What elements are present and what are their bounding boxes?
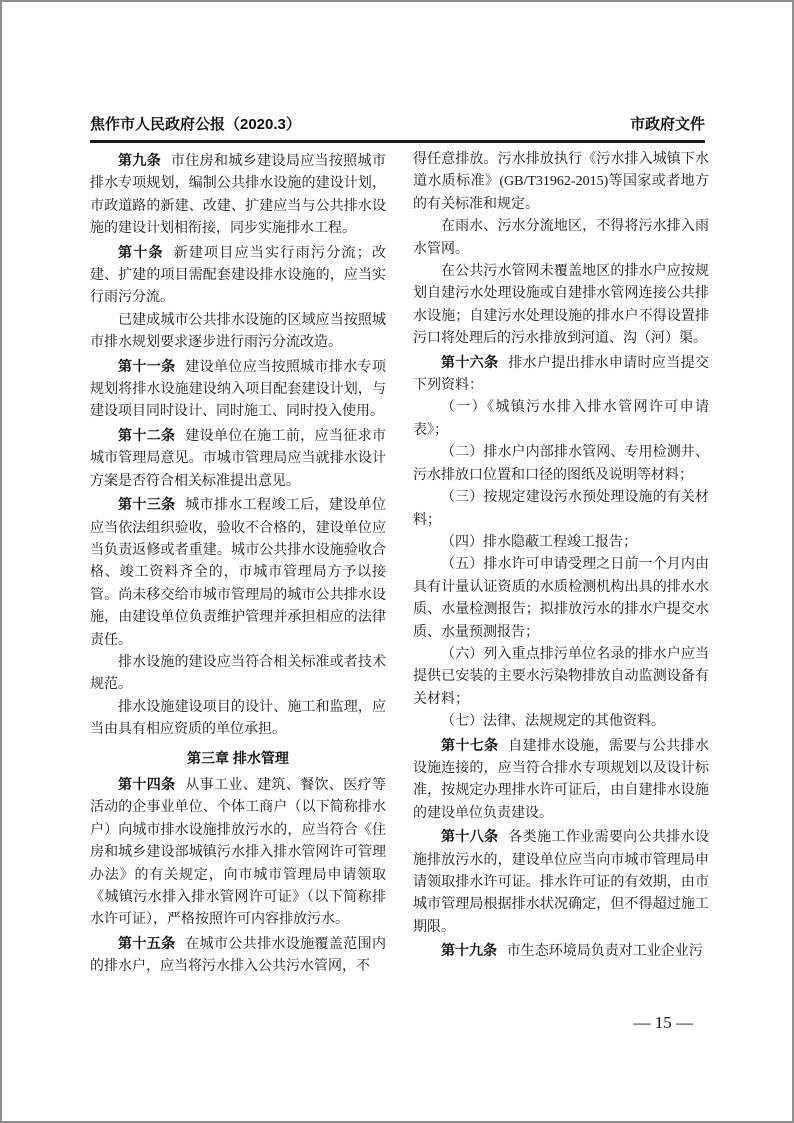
article-number: 第十条	[118, 244, 164, 260]
gazette-page: 焦作市人民政府公报（2020.3） 市政府文件 第九条市住房和城乡建设局应当按照…	[0, 0, 794, 1123]
body-paragraph: （五）排水许可申请受理之日前一个月内由具有计量认证资质的水质检测机构出具的排水水…	[413, 554, 709, 644]
paragraph-text: （三）按规定建设污水预处理设施的有关材料；	[413, 490, 709, 527]
paragraph-text: （一）《城镇污水排入排水管网许可申请表》；	[413, 400, 709, 437]
article-number: 第十六条	[441, 354, 498, 370]
article-number: 第十二条	[118, 427, 175, 443]
article-paragraph: 第十五条在城市公共排水设施覆盖范围内的排水户，应当将污水排入公共污水管网，不	[90, 932, 386, 979]
article-paragraph: 第十条新建项目应当实行雨污分流；改建、扩建的项目需配套建设排水设施的，应当实行雨…	[90, 241, 386, 310]
left-column: 第九条市住房和城乡建设局应当按照城市排水专项规划，编制公共排水设施的建设计划，市…	[90, 149, 386, 979]
paragraph-text: 在公共污水管网未覆盖地区的排水户应按规划自建污水处理设施或自建排水管网连接公共排…	[413, 264, 709, 346]
article-number: 第十四条	[118, 776, 175, 792]
paragraph-text: （四）排水隐蔽工程竣工报告；	[441, 535, 637, 550]
article-paragraph: 第十四条从事工业、建筑、餐饮、医疗等活动的企事业单位、个体工商户（以下简称排水户…	[90, 773, 386, 932]
paragraph-text: 各类施工作业需要向公共排水设施排放污水的，建设单位应当向市城市管理局申请领取排水…	[413, 830, 709, 935]
article-paragraph: 第十二条建设单位在施工前，应当征求市城市管理局意见。市城市管理局应当就排水设计方…	[90, 424, 386, 493]
article-paragraph: 第九条市住房和城乡建设局应当按照城市排水专项规划，编制公共排水设施的建设计划，市…	[90, 149, 386, 241]
running-header: 焦作市人民政府公报（2020.3） 市政府文件	[90, 115, 705, 135]
body-paragraph: 排水设施的建设应当符合相关标准或者技术规范。	[90, 652, 386, 697]
body-paragraph: （一）《城镇污水排入排水管网许可申请表》；	[413, 397, 709, 442]
article-paragraph: 第十三条城市排水工程竣工后，建设单位应当依法组织验收，验收不合格的，建设单位应当…	[90, 493, 386, 652]
body-paragraph: 得任意排放。污水排放执行《污水排入城镇下水道水质标准》(GB/T31962-20…	[413, 149, 709, 216]
header-rule	[90, 140, 705, 143]
body-paragraph: 在雨水、污水分流地区，不得将污水排入雨水管网。	[413, 216, 709, 261]
paragraph-text: （七）法律、法规规定的其他资料。	[441, 714, 665, 729]
paragraph-text: 在雨水、污水分流地区，不得将污水排入雨水管网。	[413, 219, 709, 256]
page-number: — 15 —	[413, 1012, 693, 1034]
article-paragraph: 第十七条自建排水设施，需要与公共排水设施连接的，应当符合排水专项规划以及设计标准…	[413, 734, 709, 826]
article-paragraph: 第十一条建设单位应当按照城市排水专项规划将排水设施建设纳入项目配套建设计划，与建…	[90, 355, 386, 424]
body-paragraph: 排水设施建设项目的设计、施工和监理，应当由具有相应资质的单位承担。	[90, 697, 386, 742]
body-paragraph: （二）排水户内部排水管网、专用检测井、污水排放口位置和口径的图纸及说明等材料；	[413, 442, 709, 487]
body-paragraph: （四）排水隐蔽工程竣工报告；	[413, 532, 709, 554]
article-number: 第十九条	[441, 942, 497, 958]
body-paragraph: （七）法律、法规规定的其他资料。	[413, 711, 709, 733]
gazette-title: 焦作市人民政府公报（2020.3）	[90, 115, 301, 135]
paragraph-text: （六）列入重点排污单位名录的排水户应当提供已安装的主要水污染物排放自动监测设备有…	[413, 647, 709, 707]
paragraph-text: 排水设施的建设应当符合相关标准或者技术规范。	[90, 655, 386, 692]
article-paragraph: 第十九条市生态环境局负责对工业企业污	[413, 939, 709, 963]
paragraph-text: 从事工业、建筑、餐饮、医疗等活动的企事业单位、个体工商户（以下简称排水户）向城市…	[90, 778, 386, 927]
article-number: 第十七条	[441, 737, 498, 753]
article-paragraph: 第十六条排水户提出排水申请时应当提交下列资料：	[413, 351, 709, 398]
body-paragraph: 在公共污水管网未覆盖地区的排水户应按规划自建污水处理设施或自建排水管网连接公共排…	[413, 261, 709, 351]
article-number: 第十一条	[118, 358, 175, 374]
article-paragraph: 第十八条各类施工作业需要向公共排水设施排放污水的，建设单位应当向市城市管理局申请…	[413, 825, 709, 939]
paragraph-text: 市生态环境局负责对工业企业污	[507, 944, 703, 959]
right-column: 得任意排放。污水排放执行《污水排入城镇下水道水质标准》(GB/T31962-20…	[413, 149, 709, 964]
paragraph-text: 已建成城市公共排水设施的区域应当按照城市排水规划要求逐步进行雨污分流改造。	[90, 313, 386, 350]
body-paragraph: （三）按规定建设污水预处理设施的有关材料；	[413, 487, 709, 532]
article-number: 第十八条	[441, 828, 498, 844]
article-number: 第九条	[118, 152, 161, 168]
body-paragraph: 已建成城市公共排水设施的区域应当按照城市排水规划要求逐步进行雨污分流改造。	[90, 310, 386, 355]
paragraph-text: 得任意排放。污水排放执行《污水排入城镇下水道水质标准》(GB/T31962-20…	[413, 152, 709, 212]
paragraph-text: 城市排水工程竣工后，建设单位应当依法组织验收，验收不合格的，建设单位应当负责返修…	[90, 498, 386, 647]
paragraph-text: （五）排水许可申请受理之日前一个月内由具有计量认证资质的水质检测机构出具的排水水…	[413, 557, 709, 639]
article-number: 第十三条	[118, 496, 175, 512]
paragraph-text: （二）排水户内部排水管网、专用检测井、污水排放口位置和口径的图纸及说明等材料；	[413, 445, 709, 482]
article-number: 第十五条	[118, 935, 175, 951]
section-label: 市政府文件	[630, 115, 705, 135]
chapter-heading: 第三章 排水管理	[90, 747, 386, 769]
body-paragraph: （六）列入重点排污单位名录的排水户应当提供已安装的主要水污染物排放自动监测设备有…	[413, 644, 709, 711]
paragraph-text: 排水设施建设项目的设计、施工和监理，应当由具有相应资质的单位承担。	[90, 700, 386, 737]
